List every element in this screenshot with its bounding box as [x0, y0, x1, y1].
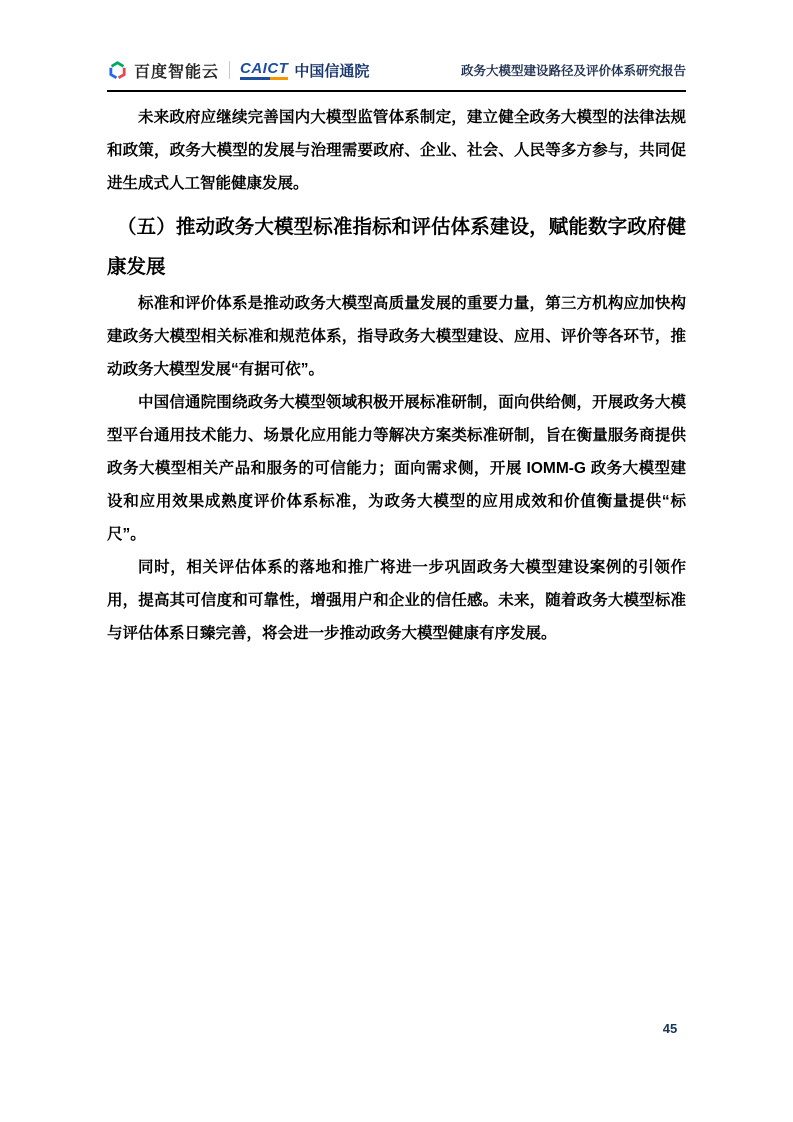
logo-divider [229, 61, 230, 79]
caict-logo: CAICT 中国信通院 [240, 60, 369, 81]
page-number: 45 [652, 1021, 688, 1036]
section-heading: （五）推动政务大模型标准指标和评估体系建设，赋能数字政府健康发展 [107, 207, 686, 287]
report-page: 百度智能云 CAICT 中国信通院 政务大模型建设路径及评价体系研究报告 未来政… [0, 0, 793, 1122]
caict-wordmark-text: CAICT [240, 61, 288, 76]
paragraph-outlook: 同时，相关评估体系的落地和推广将进一步巩固政务大模型建设案例的引领作用，提高其可… [107, 551, 686, 650]
caict-cn-text: 中国信通院 [294, 60, 369, 81]
page-header: 百度智能云 CAICT 中国信通院 政务大模型建设路径及评价体系研究报告 [107, 54, 686, 92]
page-content: 未来政府应继续完善国内大模型监管体系制定，建立健全政务大模型的法律法规和政策，政… [107, 101, 686, 650]
paragraph-regulation: 未来政府应继续完善国内大模型监管体系制定，建立健全政务大模型的法律法规和政策，政… [107, 101, 686, 200]
baidu-cloud-icon [107, 60, 128, 81]
caict-wordmark: CAICT [240, 61, 288, 80]
baidu-cloud-logo-text: 百度智能云 [134, 59, 219, 82]
paragraph-standards: 标准和评价体系是推动政务大模型高质量发展的重要力量，第三方机构应加快构建政务大模… [107, 287, 686, 386]
paragraph-caict-work: 中国信通院围绕政务大模型领域积极开展标准研制，面向供给侧，开展政务大模型平台通用… [107, 386, 686, 551]
caict-underline [240, 77, 288, 80]
report-title: 政务大模型建设路径及评价体系研究报告 [461, 61, 686, 79]
baidu-cloud-logo: 百度智能云 [107, 59, 219, 82]
brand-logos: 百度智能云 CAICT 中国信通院 [107, 59, 369, 82]
